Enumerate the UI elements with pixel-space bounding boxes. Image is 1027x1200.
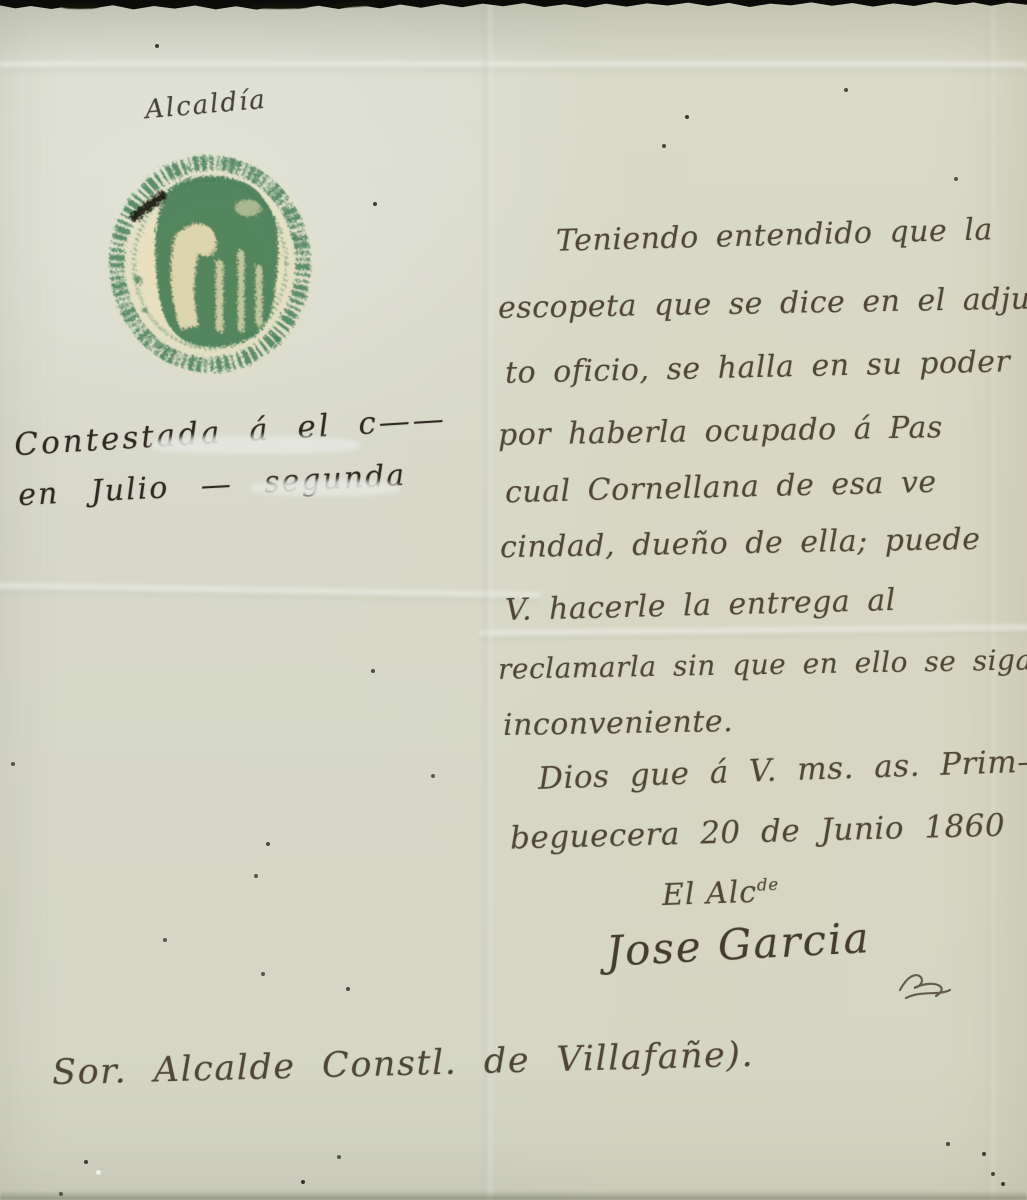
edge-ink-blob xyxy=(60,3,100,9)
body-line: inconveniente. xyxy=(503,704,734,743)
vertical-fold-crease xyxy=(483,0,493,1200)
signature-title: El Alcde xyxy=(661,874,780,913)
bottom-edge-shading xyxy=(0,1191,1027,1200)
paper-flaw-dot xyxy=(96,1170,101,1175)
edge-ink-blob xyxy=(250,3,310,9)
horizontal-fold-crease xyxy=(0,581,540,603)
signature-title-superscript: de xyxy=(756,875,779,895)
green-municipal-ink-seal-icon xyxy=(98,140,333,395)
scanned-letter-page: Alcaldía xyxy=(0,0,1027,1200)
heading-annotation: Alcaldía xyxy=(144,85,268,126)
signature-title-main: El Alc xyxy=(661,875,757,913)
vertical-fold-crease xyxy=(986,0,996,1200)
erasure-streak xyxy=(250,480,400,496)
erasure-streak xyxy=(150,436,360,454)
signature-rubric-flourish-icon xyxy=(896,952,958,1004)
ink-specks xyxy=(0,0,2,2)
municipal-seal xyxy=(98,140,333,395)
horizontal-fold-crease xyxy=(0,60,1027,72)
